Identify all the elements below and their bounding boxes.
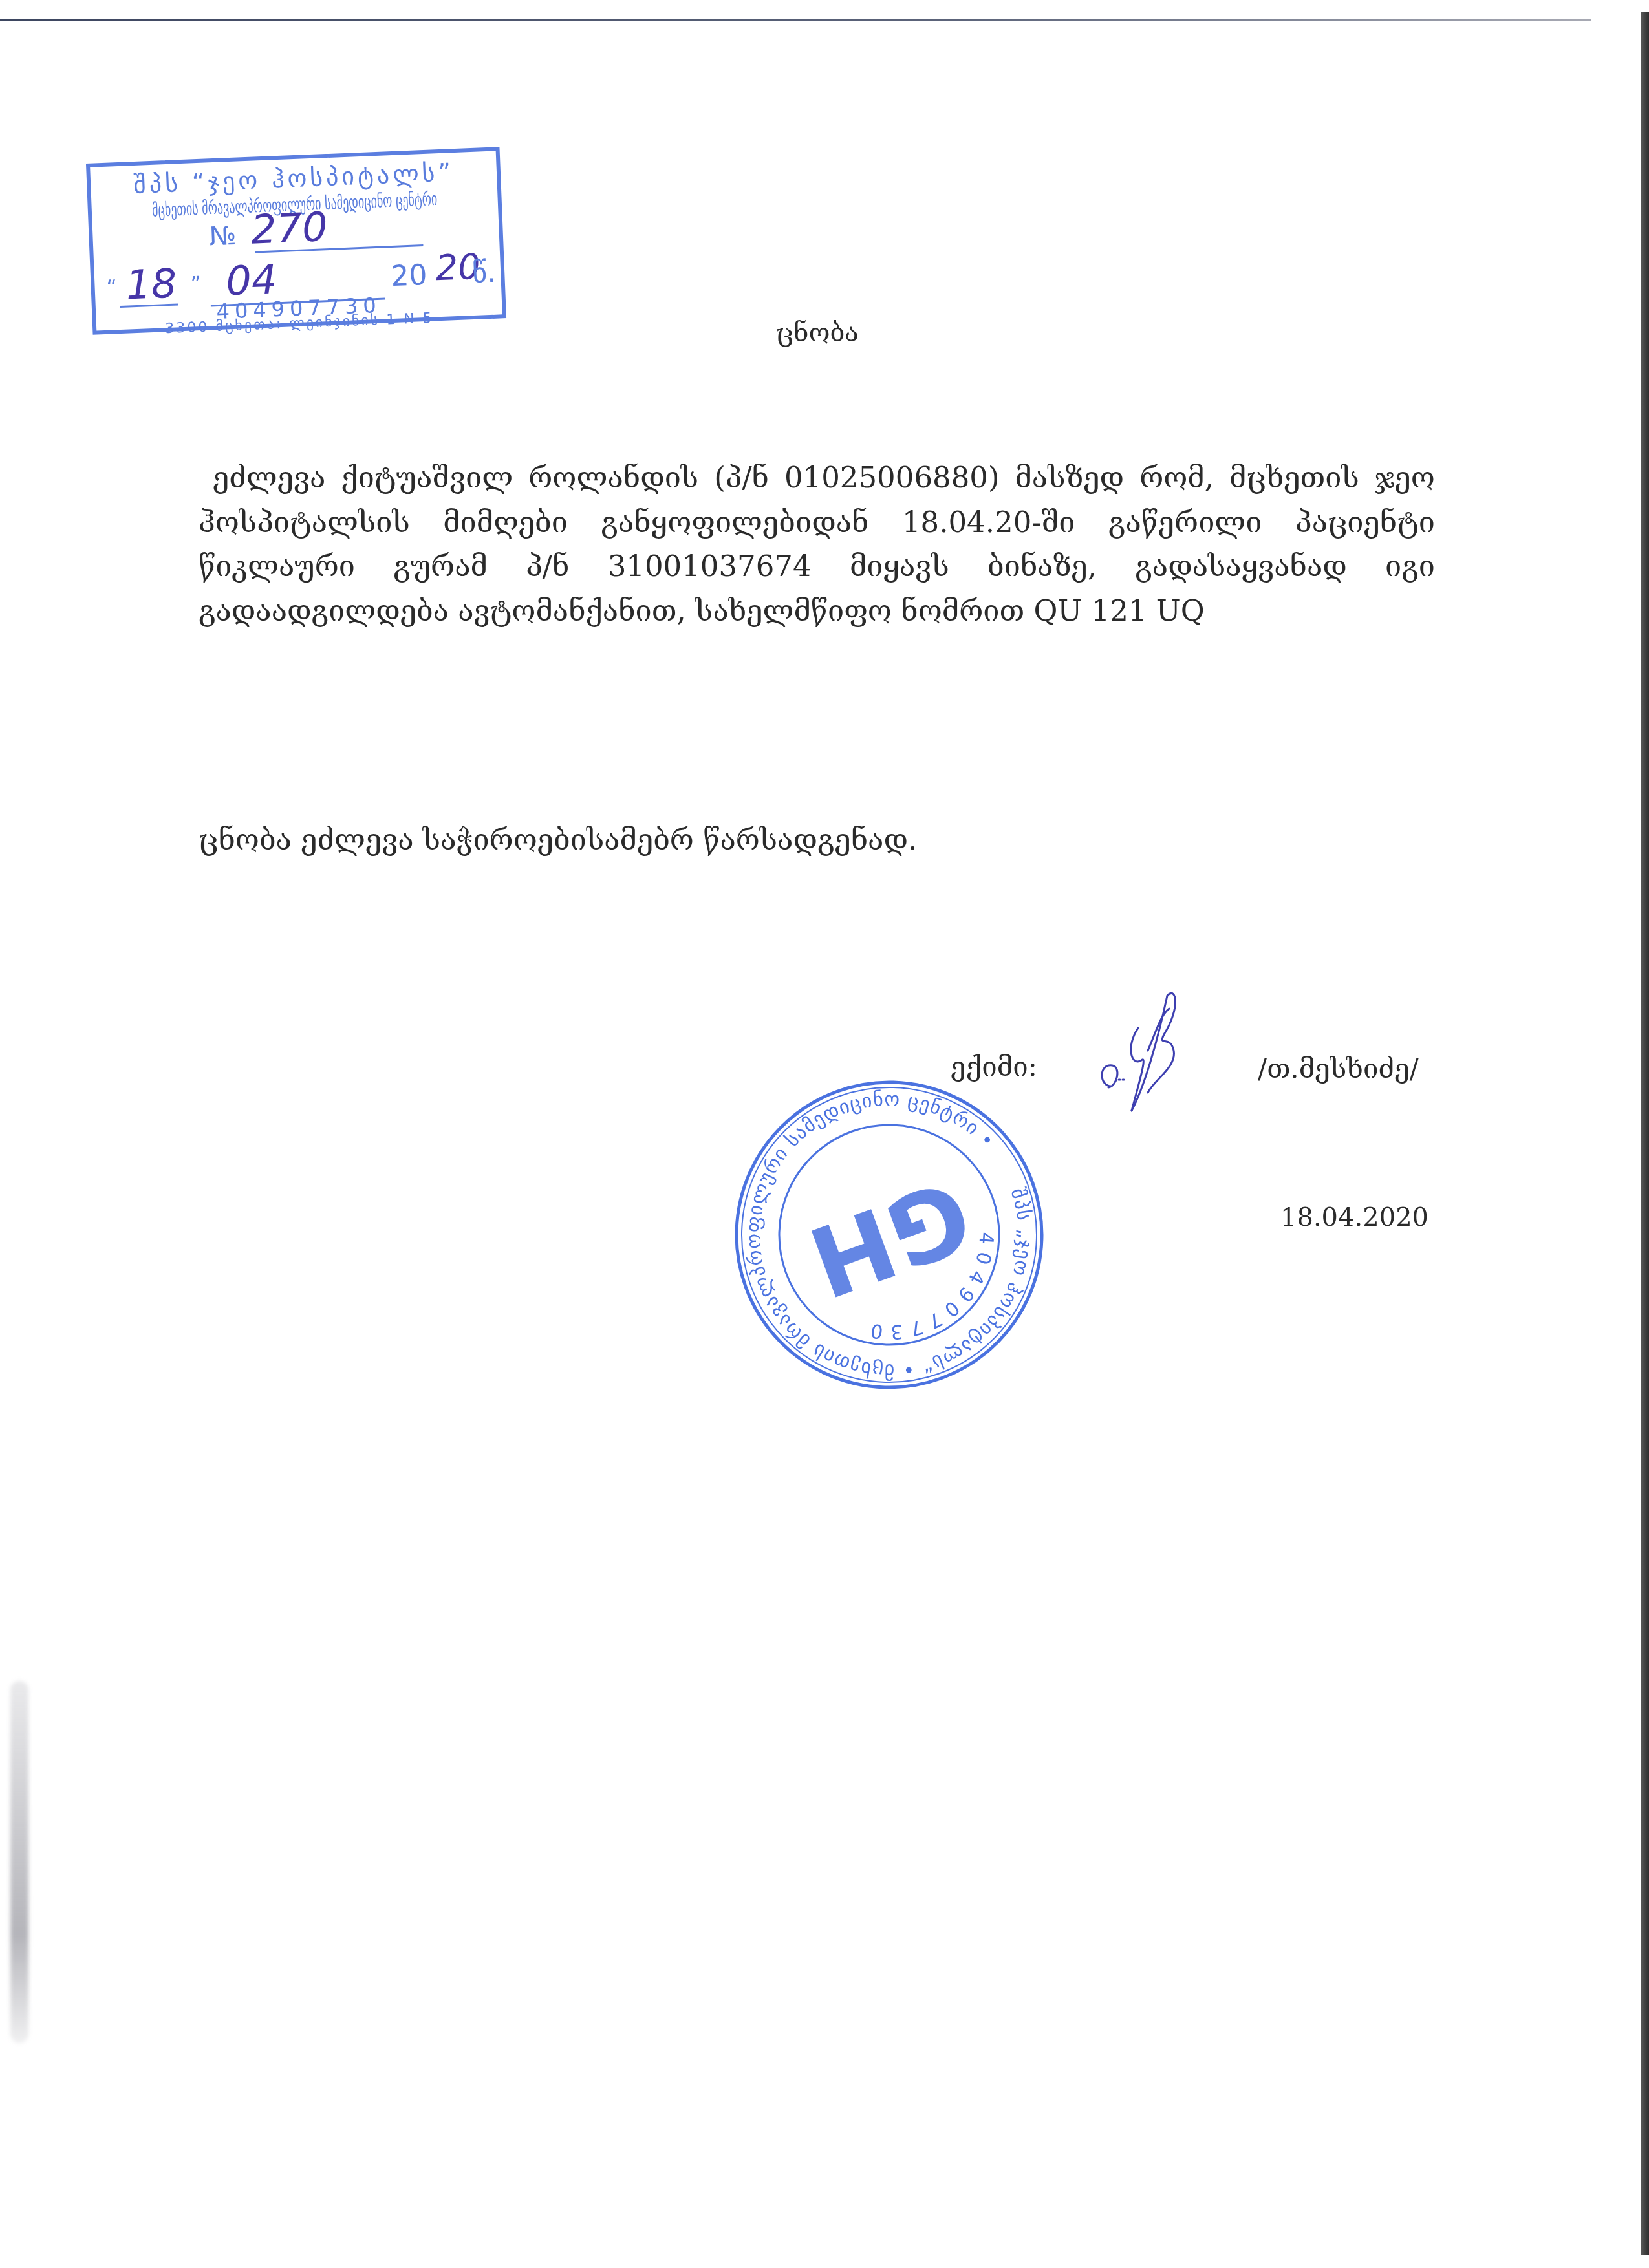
scan-top-edge	[0, 19, 1591, 21]
closing-sentence: ცნობა ეძლევა საჭიროებისამებრ წარსადგენად…	[199, 822, 917, 857]
signature	[1093, 989, 1196, 1112]
document-date: 18.04.2020	[1280, 1203, 1428, 1232]
document-title: ცნობა	[776, 318, 859, 348]
stamp-number-handwritten: 270	[250, 203, 329, 253]
registration-stamp: შპს “ჯეო ჰოსპიტალს” მცხეთის მრავალპროფილ…	[86, 147, 506, 334]
close-quote: ”	[190, 272, 202, 297]
scan-artifact-streak	[10, 1681, 28, 2043]
doctor-name: /თ.მესხიძე/	[1258, 1053, 1419, 1084]
body-text: ეძლევა ქიტუაშვილ როლანდის (პ/ნ 010250068…	[199, 460, 1435, 628]
stamp-year-mark: წ.	[471, 256, 497, 290]
body-paragraph: ეძლევა ქიტუაშვილ როლანდის (პ/ნ 010250068…	[199, 456, 1435, 633]
scan-right-edge	[1641, 12, 1649, 2255]
stamp-year-prefix: 20	[390, 259, 427, 293]
stamp-number-prefix: №	[209, 221, 237, 252]
round-seal: შპს „ჯეო ჰოსპიტალს“ • მცხეთის მრავალპროფ…	[731, 1076, 1048, 1393]
open-quote: “	[106, 275, 118, 300]
